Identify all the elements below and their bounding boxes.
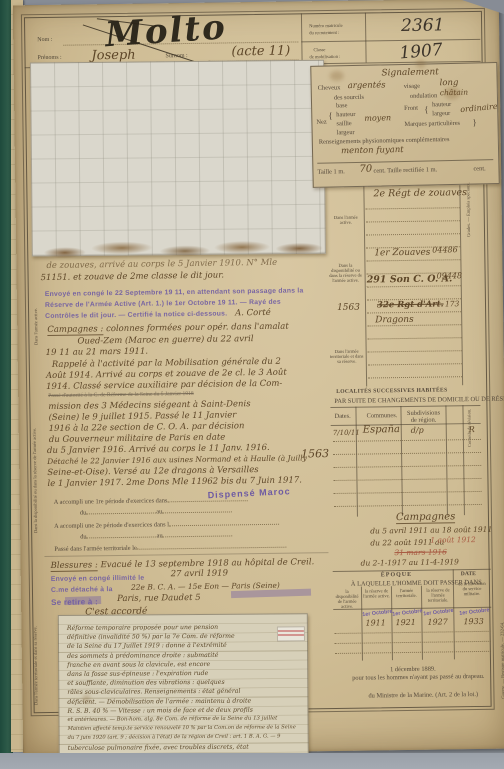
leader-line xyxy=(137,541,287,550)
localites-row-date: 7/10/11 xyxy=(333,429,360,437)
campagnes-line-4: du 2-1-1917 au 11-4-1919 xyxy=(361,557,459,567)
corps-entry-4: Dragons xyxy=(375,315,414,326)
prenoms-label: Prénoms : xyxy=(37,55,61,61)
corps-label-territoriale: Dans l'armée territoriale et dans sa rés… xyxy=(330,349,364,364)
localites-row-mark: R xyxy=(469,425,475,434)
signalement-box: Signalement Cheveux argentés visage long… xyxy=(310,62,500,188)
demob-stamp-line-2: C.me détaché à la xyxy=(51,586,113,594)
corps-entry-3-number: 173 xyxy=(445,299,459,308)
leader-line xyxy=(162,505,232,513)
body-line-part: 12e dragons à Versailles xyxy=(153,465,259,476)
corps-entry-1: 1er Zouaves xyxy=(374,248,430,259)
sourcils-label: des sourcils xyxy=(334,94,364,102)
taille-value: 70 xyxy=(359,164,372,175)
marques-label: Marques particulières xyxy=(404,120,460,128)
epoque-year-2: 1921 xyxy=(395,618,415,627)
matricule-value-handwriting: 2361 xyxy=(401,15,445,36)
small-label-sticker xyxy=(277,626,305,641)
epoque-col-4-header: la réserve de l'armée territoriale. xyxy=(424,587,452,602)
pasted-medical-note: Réforme temporaire proposée pour une pen… xyxy=(58,613,309,757)
campagnes-label: Campagnes : xyxy=(47,324,103,336)
pasted-blank-sheet xyxy=(30,60,326,257)
localites-col-communes: Communes. xyxy=(367,412,398,419)
epoque-year-3: 1927 xyxy=(427,617,447,626)
margin-label-armee-active: Dans l'armée active. xyxy=(33,308,39,345)
epoque-title: ÉPOQUE xyxy=(381,572,412,578)
corps-entry-3-struck: 32e Rgt d'Art. xyxy=(377,299,444,310)
matricule-label-line1: Numéro matricule xyxy=(309,23,343,28)
taille-label-d: cent. xyxy=(473,165,485,172)
epoque-col-3-header: l'armée territoriale. xyxy=(393,588,420,598)
corps-entry-1-number: 04486 xyxy=(432,245,458,254)
campagnes-line-1: du 5 avril 1911 au 18 août 1911 xyxy=(370,525,492,536)
body-line: 19 11 au 21 mars 1911. xyxy=(46,347,149,358)
classe-label-line2: de mobilisation : xyxy=(309,54,340,59)
campagnes-title-handwriting: Campagnes xyxy=(396,511,456,524)
body-handwriting: A. Corté xyxy=(235,308,271,318)
scanned-document-background: Nom : Molto Prénoms : Joseph Surnom : (a… xyxy=(0,0,504,769)
taille-label-a: Taille 1 m. xyxy=(317,168,345,176)
body-line-part: 1914. xyxy=(46,382,70,392)
nom-label: Nom : xyxy=(37,37,52,43)
leader-line xyxy=(87,530,157,538)
stamp-smear xyxy=(65,596,101,605)
front-brace: { xyxy=(424,104,429,114)
localites-col-subdivisions: Subdivisions de région. xyxy=(404,409,442,424)
classe-label-line1: Classe xyxy=(313,47,325,52)
body-line-part: Arrivé au corps le 11 Janv. 1916. xyxy=(129,443,270,455)
campagnes-line-2-red: 1 août 1912 xyxy=(430,535,476,545)
demob-handwriting-1: 27 avril 1919 xyxy=(171,568,228,579)
epoque-col-2-header: la réserve de l'armée active. xyxy=(363,588,390,598)
nez-sub-base: base xyxy=(336,102,348,109)
corps-label-active: Dans l'armée active. xyxy=(330,215,362,225)
regiment-header-handwriting: 2e Régt de zouaves xyxy=(373,187,467,199)
epoque-col-1-header: la disponibilité de l'armée active. xyxy=(334,589,360,609)
renseignements-label: Renseignements physionomiques complément… xyxy=(319,136,450,146)
cheveux-label: Cheveux xyxy=(318,84,341,91)
nez-sub-saillie: saillie xyxy=(336,120,351,127)
taille-label-c: cent. Taille rectifiée 1 m. xyxy=(373,166,437,174)
torn-glue-edge xyxy=(36,237,322,261)
corps-entry-2-number: 09448 xyxy=(437,271,463,280)
nez-label: Nez xyxy=(316,119,326,126)
right-margin-vertical-text: Guerre. — Registre matricule. — 232-64. xyxy=(499,622,504,699)
cheveux-value: argentés xyxy=(348,80,386,91)
matricule-page: Nom : Molto Prénoms : Joseph Surnom : (a… xyxy=(13,0,504,755)
epoque-date-title: DATE xyxy=(461,571,476,577)
surnom-value-handwriting: (acte 11) xyxy=(231,44,290,60)
demob-handwriting-3: Paris, rue Daudet 5 xyxy=(117,593,201,604)
renseignements-value: menton fuyant xyxy=(341,145,404,156)
localites-col-dates: Dates. xyxy=(335,413,351,420)
visage-label: visage xyxy=(404,83,420,90)
note-text-block: Réforme temporaire proposée pour une pen… xyxy=(59,614,308,757)
signalement-title: Signalement xyxy=(381,67,439,78)
signalement-rule xyxy=(317,159,493,164)
nez-sub-hauteur: hauteur xyxy=(336,111,355,118)
front-sub-hauteur: hauteur xyxy=(432,101,451,108)
paper-stain xyxy=(416,60,426,68)
background-bottom-strip xyxy=(0,753,504,769)
paper-stain xyxy=(82,694,90,702)
nez-value: moyen xyxy=(364,113,391,123)
leader-line xyxy=(169,518,279,527)
front-value: ordinaire xyxy=(460,102,498,114)
body-line-part: et zouave de 2me classe le dit jour. xyxy=(73,271,224,283)
body-line-part: du 5 Janvier 1916. xyxy=(47,445,126,456)
body-line-part: Oued-Zem (Maroc en guerre) xyxy=(77,335,204,347)
note-line: du 7 juin 1920 (art. 9 ; décision à l'ét… xyxy=(68,733,302,744)
epoque-date-subheader: de la libération du service militaire. xyxy=(457,581,487,596)
ondulation-label: ondulation xyxy=(410,92,437,100)
campagnes-line-3-red-struck: 31 mars 1916 xyxy=(394,547,447,557)
localites-row-subdivision: d/p xyxy=(411,426,424,435)
leader-line xyxy=(86,506,156,514)
corps-label-dispo: Dans la disponibilité ou dans la réserve… xyxy=(328,263,362,283)
matricule-label-line2: du recrutement : xyxy=(309,30,339,35)
footnote-line-1: 1 décembre 1889. xyxy=(390,666,436,674)
front-sub-largeur: largeur xyxy=(432,110,450,117)
epoque-year-4: 1933 xyxy=(463,617,483,626)
localites-row-commune: España xyxy=(363,424,400,436)
leader-line xyxy=(163,529,233,537)
print-part: Passé dans l'armée territoriale le xyxy=(54,545,137,553)
front-label: Front xyxy=(404,105,418,112)
nez-sub-largeur: largeur xyxy=(337,129,355,136)
body-line-part: du 22 avril xyxy=(207,334,254,345)
epoque-year-1: 1911 xyxy=(365,618,385,627)
marques-brace: } xyxy=(472,117,477,127)
corps-entry-3-margin-number: 1563 xyxy=(337,303,360,313)
grades-column-vertical-label: Grades. — Emplois spéciaux. xyxy=(465,182,471,237)
body-line-part: Seine-et-Oise). Versé au xyxy=(47,467,150,478)
body-line-part: 51151. xyxy=(41,273,71,283)
nez-brace: { xyxy=(328,110,333,120)
blessures-label: Blessures : xyxy=(51,560,98,572)
demob-stamp-line-1: Envoyé en congé illimité le xyxy=(51,575,145,583)
